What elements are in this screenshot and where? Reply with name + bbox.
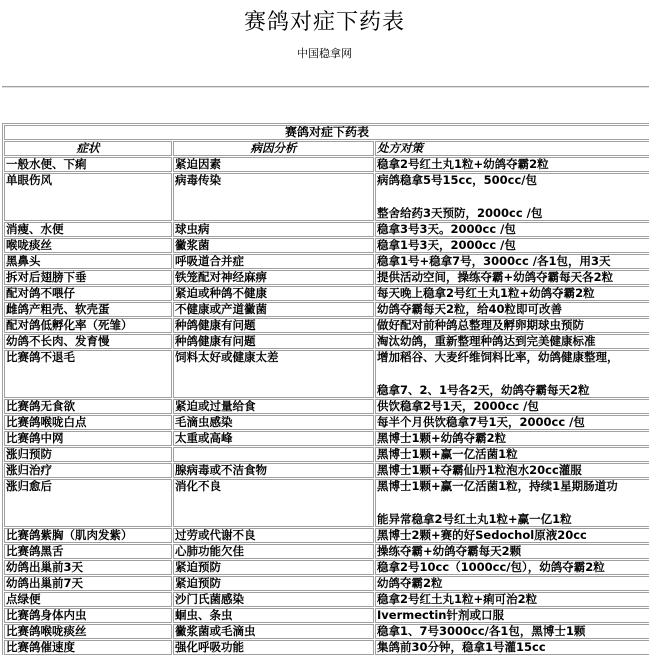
cell-prescription-line2: 整舍给药3天预防，2000cc /包: [377, 207, 648, 220]
cell-cause-text: 消化不良: [175, 479, 221, 493]
cell-cause: 毛滴虫感染: [173, 415, 374, 430]
cell-prescription-text: 操练夺霸+幼鸽夺霸每天2颗: [377, 544, 521, 558]
cell-prescription-text: 稳拿3号3天。2000cc /包: [377, 222, 516, 236]
cell-cause-text: 球虫病: [175, 222, 210, 236]
cell-cause: 蛔虫、条虫: [173, 608, 374, 623]
cell-cause: 种鸽健康有问题: [173, 334, 374, 349]
cell-prescription: 增加稻谷、大麦纤维饲料比率，幼鸽健康整理，稳拿7、2、1号各2天，幼鸽夺霸每天2…: [375, 350, 649, 398]
cell-cause: 心肺功能欠佳: [173, 544, 374, 559]
cell-cause: 消化不良: [173, 479, 374, 527]
cell-prescription: 供饮稳拿2号1天，2000cc /包: [375, 399, 649, 414]
cell-prescription: 操练夺霸+幼鸽夺霸每天2颗: [375, 544, 649, 559]
cell-prescription: 每半个月供饮稳拿7号1天，2000cc /包: [375, 415, 649, 430]
cell-symptom: 比赛鸽紫胸（肌肉发紫）: [4, 528, 172, 543]
cell-prescription: 幼鸽夺霸2粒: [375, 576, 649, 591]
cell-cause-text: 心肺功能欠佳: [175, 544, 244, 558]
cell-prescription-text: 淘汰幼鸽，重新整理种鸽达到完美健康标准: [377, 334, 596, 348]
cell-cause: 腺病毒或不洁食物: [173, 463, 374, 478]
cell-prescription-text: 黑博士1颗+赢一亿活菌1粒: [377, 447, 518, 461]
table-header-row: 症状 病因分析 处方对策: [4, 141, 649, 156]
horizontal-rule: [2, 86, 649, 88]
cell-prescription-text: 黑博士1颗+幼鸽夺霸2粒: [377, 431, 506, 445]
table-row: 比赛鸽催速度强化呼吸功能集鸽前30分钟，稳拿1号灌15cc: [4, 640, 649, 655]
site-name: 中国稳拿网: [0, 47, 649, 61]
header-prescription: 处方对策: [375, 141, 649, 156]
cell-prescription-text: 黑博士1颗+夺霸仙丹1粒泡水20cc灌服: [377, 463, 582, 477]
cell-symptom: 比赛鸽喉咙痰丝: [4, 624, 172, 639]
cell-cause: 太重或高峰: [173, 431, 374, 446]
cell-prescription: 提供活动空间，操练夺霸+幼鸽夺霸每天各2粒: [375, 270, 649, 285]
cell-symptom: 黑鼻头: [4, 254, 172, 269]
cell-prescription: 幼鸽夺霸每天2粒，给40粒即可改善: [375, 302, 649, 317]
cell-prescription: 黑博士1颗+幼鸽夺霸2粒: [375, 431, 649, 446]
cell-cause: [173, 447, 374, 462]
table-row: 比赛鸽黑舌心肺功能欠佳操练夺霸+幼鸽夺霸每天2颗: [4, 544, 649, 559]
cell-prescription-line2: 稳拿7、2、1号各2天，幼鸽夺霸每天2粒: [377, 384, 648, 397]
cell-cause-text: 过劳或代谢不良: [175, 528, 256, 542]
cell-cause: 呼吸道合并症: [173, 254, 374, 269]
cell-prescription-text: 黑博士2颗+赛的好Sedochol原液20cc: [377, 528, 587, 542]
cell-symptom: 比赛鸽身体内虫: [4, 608, 172, 623]
cell-prescription-line2: 能异常稳拿2号红土丸1粒+赢一亿1粒: [377, 513, 648, 526]
table-row: 雌鸽产粗壳、软壳蛋不健康或产道黴菌幼鸽夺霸每天2粒，给40粒即可改善: [4, 302, 649, 317]
cell-prescription: 稳拿2号红土丸1粒+痢可治2粒: [375, 592, 649, 607]
cell-cause-text: 紧迫预防: [175, 576, 221, 590]
table-row: 消瘦、水便球虫病稳拿3号3天。2000cc /包: [4, 222, 649, 237]
cell-cause-text: 呼吸道合并症: [175, 254, 244, 268]
table-row: 比赛鸽无食欲紧迫或过量给食供饮稳拿2号1天，2000cc /包: [4, 399, 649, 414]
cell-symptom-text: 比赛鸽催速度: [6, 640, 75, 654]
cell-symptom: 喉咙痰丝: [4, 238, 172, 253]
table-row: 幼鸽不长肉、发育慢种鸽健康有问题淘汰幼鸽，重新整理种鸽达到完美健康标准: [4, 334, 649, 349]
cell-cause: 种鸽健康有问题: [173, 318, 374, 333]
table-row: 拆对后翅膀下垂铁笼配对神经麻痹提供活动空间，操练夺霸+幼鸽夺霸每天各2粒: [4, 270, 649, 285]
cell-prescription: 黑博士1颗+夺霸仙丹1粒泡水20cc灌服: [375, 463, 649, 478]
cell-symptom-text: 涨归愈后: [6, 479, 52, 493]
cell-prescription: 淘汰幼鸽，重新整理种鸽达到完美健康标准: [375, 334, 649, 349]
page-title: 赛鸽对症下药表: [0, 8, 649, 38]
cell-cause: 紧迫预防: [173, 576, 374, 591]
cell-symptom: 比赛鸽无食欲: [4, 399, 172, 414]
cell-cause-text: 种鸽健康有问题: [175, 334, 256, 348]
cell-cause-text: 腺病毒或不洁食物: [175, 463, 267, 477]
table-row: 比赛鸽喉咙白点毛滴虫感染每半个月供饮稳拿7号1天，2000cc /包: [4, 415, 649, 430]
cell-prescription-text: 增加稻谷、大麦纤维饲料比率，幼鸽健康整理，: [377, 350, 619, 364]
cell-cause: 饲料太好或健康太差: [173, 350, 374, 398]
cell-prescription-text: 稳拿1号+稳拿7号，3000cc /各1包，用3天: [377, 254, 611, 268]
cell-symptom-text: 配对鸽低孵化率（死雏）: [6, 318, 133, 332]
cell-cause-text: 病毒传染: [175, 173, 221, 187]
cell-symptom: 消瘦、水便: [4, 222, 172, 237]
cell-symptom: 比赛鸽不退毛: [4, 350, 172, 398]
cell-prescription-text: 黑博士1颗+赢一亿活菌1粒，持续1星期肠道功: [377, 479, 618, 493]
cell-cause-text: 紧迫或过量给食: [175, 399, 256, 413]
cell-symptom: 一般水便、下痢: [4, 157, 172, 172]
cell-cause-text: 太重或高峰: [175, 431, 233, 445]
cell-cause-text: 黴浆菌或毛滴虫: [175, 624, 256, 638]
cell-cause-text: 种鸽健康有问题: [175, 318, 256, 332]
cell-prescription: 稳拿1号+稳拿7号，3000cc /各1包，用3天: [375, 254, 649, 269]
table-row: 配对鸽不喂仔紧迫或种鸽不健康每天晚上稳拿2号红土丸1粒+幼鸽夺霸2粒: [4, 286, 649, 301]
cell-prescription: 稳拿1、7号3000cc/各1包，黑博士1颗: [375, 624, 649, 639]
cell-prescription: 病鸽稳拿5号15cc，500cc/包整舍给药3天预防，2000cc /包: [375, 173, 649, 221]
table-row: 喉咙痰丝黴浆菌稳拿1号3天，2000cc /包: [4, 238, 649, 253]
cell-symptom: 单眼伤风: [4, 173, 172, 221]
cell-prescription-text: 稳拿1、7号3000cc/各1包，黑博士1颗: [377, 624, 585, 638]
cell-symptom-text: 比赛鸽不退毛: [6, 350, 75, 364]
cell-symptom: 拆对后翅膀下垂: [4, 270, 172, 285]
cell-symptom-text: 比赛鸽紫胸（肌肉发紫）: [6, 528, 133, 542]
cell-symptom: 幼鸽不长肉、发育慢: [4, 334, 172, 349]
cell-prescription: 稳拿3号3天。2000cc /包: [375, 222, 649, 237]
cell-symptom: 点绿便: [4, 592, 172, 607]
cell-cause-text: 紧迫因素: [175, 157, 221, 171]
cell-cause: 铁笼配对神经麻痹: [173, 270, 374, 285]
cell-prescription-text: 每天晚上稳拿2号红土丸1粒+幼鸽夺霸2粒: [377, 286, 595, 300]
cell-symptom: 比赛鸽喉咙白点: [4, 415, 172, 430]
cell-cause-text: 黴浆菌: [175, 238, 210, 252]
cell-prescription: Ivermectin针剂或口服: [375, 608, 649, 623]
cell-symptom-text: 消瘦、水便: [6, 222, 64, 236]
cell-prescription: 稳拿2号10cc（1000cc/包），幼鸽夺霸2粒: [375, 560, 649, 575]
cell-cause: 不健康或产道黴菌: [173, 302, 374, 317]
cell-symptom-text: 比赛鸽黑舌: [6, 544, 64, 558]
cell-cause: 黴浆菌或毛滴虫: [173, 624, 374, 639]
cell-prescription-text: 稳拿2号10cc（1000cc/包），幼鸽夺霸2粒: [377, 560, 605, 574]
cell-symptom-text: 幼鸽出巢前7天: [6, 576, 83, 590]
cell-prescription: 稳拿1号3天，2000cc /包: [375, 238, 649, 253]
table-row: 涨归治疗腺病毒或不洁食物黑博士1颗+夺霸仙丹1粒泡水20cc灌服: [4, 463, 649, 478]
cell-prescription-text: 稳拿1号3天，2000cc /包: [377, 238, 516, 252]
cell-symptom: 雌鸽产粗壳、软壳蛋: [4, 302, 172, 317]
cell-symptom: 涨归预防: [4, 447, 172, 462]
table-row: 黑鼻头呼吸道合并症稳拿1号+稳拿7号，3000cc /各1包，用3天: [4, 254, 649, 269]
cell-prescription-text: Ivermectin针剂或口服: [377, 608, 504, 622]
table-row: 比赛鸽身体内虫蛔虫、条虫Ivermectin针剂或口服: [4, 608, 649, 623]
cell-symptom: 比赛鸽催速度: [4, 640, 172, 655]
cell-symptom: 配对鸽不喂仔: [4, 286, 172, 301]
cell-prescription: 做好配对前种鸽总整理及孵卵期球虫预防: [375, 318, 649, 333]
cell-prescription-text: 每半个月供饮稳拿7号1天，2000cc /包: [377, 415, 585, 429]
cell-prescription: 集鸽前30分钟，稳拿1号灌15cc: [375, 640, 649, 655]
cell-cause-text: 毛滴虫感染: [175, 415, 233, 429]
table-row: 幼鸽出巢前7天紧迫预防幼鸽夺霸2粒: [4, 576, 649, 591]
cell-prescription: 黑博士1颗+赢一亿活菌1粒，持续1星期肠道功能异常稳拿2号红土丸1粒+赢一亿1粒: [375, 479, 649, 527]
cell-symptom: 配对鸽低孵化率（死雏）: [4, 318, 172, 333]
cell-prescription-text: 幼鸽夺霸每天2粒，给40粒即可改善: [377, 302, 562, 316]
cell-symptom: 比赛鸽中网: [4, 431, 172, 446]
table-caption: 赛鸽对症下药表: [4, 125, 649, 140]
cell-symptom-text: 喉咙痰丝: [6, 238, 52, 252]
table-row: 涨归愈后消化不良黑博士1颗+赢一亿活菌1粒，持续1星期肠道功能异常稳拿2号红土丸…: [4, 479, 649, 527]
cell-symptom-text: 拆对后翅膀下垂: [6, 270, 87, 284]
cell-cause-text: 蛔虫、条虫: [175, 608, 233, 622]
cell-cause: 紧迫因素: [173, 157, 374, 172]
cell-symptom-text: 比赛鸽喉咙白点: [6, 415, 87, 429]
table-row: 一般水便、下痢紧迫因素稳拿2号红土丸1粒+幼鸽夺霸2粒: [4, 157, 649, 172]
cell-prescription-text: 做好配对前种鸽总整理及孵卵期球虫预防: [377, 318, 584, 332]
table-row: 涨归预防黑博士1颗+赢一亿活菌1粒: [4, 447, 649, 462]
cell-prescription-text: 供饮稳拿2号1天，2000cc /包: [377, 399, 539, 413]
cell-prescription-text: 稳拿2号红土丸1粒+幼鸽夺霸2粒: [377, 157, 549, 171]
cell-cause-text: 紧迫预防: [175, 560, 221, 574]
table-row: 配对鸽低孵化率（死雏）种鸽健康有问题做好配对前种鸽总整理及孵卵期球虫预防: [4, 318, 649, 333]
cell-symptom-text: 黑鼻头: [6, 254, 41, 268]
cell-symptom: 幼鸽出巢前3天: [4, 560, 172, 575]
cell-cause-text: 沙门氏菌感染: [175, 592, 244, 606]
cell-cause: 球虫病: [173, 222, 374, 237]
cell-cause-text: 铁笼配对神经麻痹: [175, 270, 267, 284]
cell-symptom-text: 涨归预防: [6, 447, 52, 461]
cell-prescription: 黑博士2颗+赛的好Sedochol原液20cc: [375, 528, 649, 543]
cell-symptom-text: 涨归治疗: [6, 463, 52, 477]
prescription-table: 赛鸽对症下药表 症状 病因分析 处方对策 一般水便、下痢紧迫因素稳拿2号红土丸1…: [2, 123, 649, 655]
cell-symptom-text: 幼鸽出巢前3天: [6, 560, 83, 574]
cell-prescription: 黑博士1颗+赢一亿活菌1粒: [375, 447, 649, 462]
cell-cause: 沙门氏菌感染: [173, 592, 374, 607]
cell-prescription-text: 幼鸽夺霸2粒: [377, 576, 443, 590]
cell-cause-text: 不健康或产道黴菌: [175, 302, 267, 316]
cell-prescription: 每天晚上稳拿2号红土丸1粒+幼鸽夺霸2粒: [375, 286, 649, 301]
cell-symptom: 比赛鸽黑舌: [4, 544, 172, 559]
table-caption-row: 赛鸽对症下药表: [4, 125, 649, 140]
header-cause: 病因分析: [173, 141, 374, 156]
cell-symptom: 涨归愈后: [4, 479, 172, 527]
cell-symptom-text: 雌鸽产粗壳、软壳蛋: [6, 302, 110, 316]
cell-cause: 黴浆菌: [173, 238, 374, 253]
cell-prescription-text: 稳拿2号红土丸1粒+痢可治2粒: [377, 592, 537, 606]
table-row: 点绿便沙门氏菌感染稳拿2号红土丸1粒+痢可治2粒: [4, 592, 649, 607]
cell-cause: 病毒传染: [173, 173, 374, 221]
cell-prescription-text: 提供活动空间，操练夺霸+幼鸽夺霸每天各2粒: [377, 270, 613, 284]
cell-symptom-text: 比赛鸽身体内虫: [6, 608, 87, 622]
header-symptom: 症状: [4, 141, 172, 156]
cell-symptom-text: 比赛鸽喉咙痰丝: [6, 624, 87, 638]
cell-cause: 紧迫或过量给食: [173, 399, 374, 414]
cell-cause-text: 饲料太好或健康太差: [175, 350, 279, 364]
cell-symptom-text: 单眼伤风: [6, 173, 52, 187]
cell-cause-text: 强化呼吸功能: [175, 640, 244, 654]
table-row: 比赛鸽紫胸（肌肉发紫）过劳或代谢不良黑博士2颗+赛的好Sedochol原液20c…: [4, 528, 649, 543]
cell-symptom-text: 比赛鸽中网: [6, 431, 64, 445]
cell-cause: 紧迫预防: [173, 560, 374, 575]
cell-symptom: 幼鸽出巢前7天: [4, 576, 172, 591]
table-row: 幼鸽出巢前3天紧迫预防稳拿2号10cc（1000cc/包），幼鸽夺霸2粒: [4, 560, 649, 575]
cell-cause: 过劳或代谢不良: [173, 528, 374, 543]
table-row: 比赛鸽中网太重或高峰黑博士1颗+幼鸽夺霸2粒: [4, 431, 649, 446]
cell-symptom-text: 配对鸽不喂仔: [6, 286, 75, 300]
table-row: 比赛鸽不退毛饲料太好或健康太差增加稻谷、大麦纤维饲料比率，幼鸽健康整理，稳拿7、…: [4, 350, 649, 398]
cell-cause-text: 紧迫或种鸽不健康: [175, 286, 267, 300]
cell-prescription: 稳拿2号红土丸1粒+幼鸽夺霸2粒: [375, 157, 649, 172]
cell-symptom: 涨归治疗: [4, 463, 172, 478]
cell-symptom-text: 一般水便、下痢: [6, 157, 87, 171]
table-row: 比赛鸽喉咙痰丝黴浆菌或毛滴虫稳拿1、7号3000cc/各1包，黑博士1颗: [4, 624, 649, 639]
cell-prescription-text: 集鸽前30分钟，稳拿1号灌15cc: [377, 640, 546, 654]
cell-cause: 强化呼吸功能: [173, 640, 374, 655]
cell-symptom-text: 幼鸽不长肉、发育慢: [6, 334, 110, 348]
cell-symptom-text: 比赛鸽无食欲: [6, 399, 75, 413]
cell-cause: 紧迫或种鸽不健康: [173, 286, 374, 301]
cell-symptom-text: 点绿便: [6, 592, 41, 606]
table-row: 单眼伤风病毒传染病鸽稳拿5号15cc，500cc/包整舍给药3天预防，2000c…: [4, 173, 649, 221]
cell-prescription-text: 病鸽稳拿5号15cc，500cc/包: [377, 173, 537, 187]
